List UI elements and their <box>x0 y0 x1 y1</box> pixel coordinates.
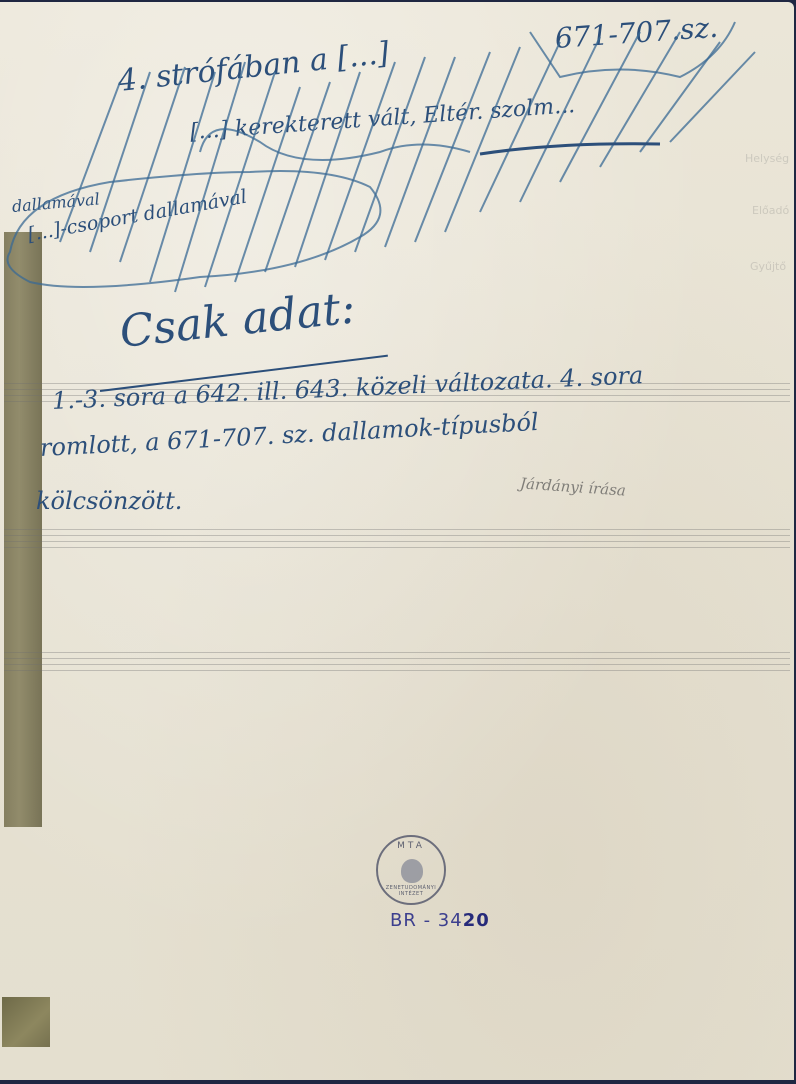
shelfmark-suffix: 20 <box>463 910 490 931</box>
shelfmark-prefix: BR - 34 <box>390 910 463 931</box>
showthrough-label: Helység <box>745 152 789 165</box>
music-staff-3 <box>4 647 790 673</box>
reference-number: 671-707.sz. <box>554 11 719 55</box>
shelfmark: BR - 3420 <box>390 910 490 931</box>
struck-header-line2: [...] kerekterett vált, Eltér. szolm... <box>189 93 576 145</box>
music-staff-2 <box>4 524 790 550</box>
strike-through-scribble <box>0 2 796 322</box>
document-sheet: Helység Előadó Gyűjtő 4. strófában a [..… <box>0 2 794 1080</box>
note-line-2: romlott, a 671-707. sz. dallamok-típusbó… <box>39 408 539 462</box>
institution-stamp: MTA ZENETUDOMÁNYI INTÉZET <box>376 835 446 905</box>
struck-header-line1: 4. strófában a [...] <box>116 36 391 99</box>
stamp-top-text: MTA <box>378 841 444 851</box>
coat-of-arms-icon <box>401 859 423 883</box>
note-heading: Csak adat: <box>117 282 357 357</box>
archival-tape-patch <box>2 997 50 1047</box>
struck-left-scribble: dallamával <box>11 189 100 216</box>
stamp-ring-text: ZENETUDOMÁNYI INTÉZET <box>378 885 444 897</box>
note-line-1: 1.-3. sora a 642. ill. 643. közeli válto… <box>51 361 643 415</box>
showthrough-label: Gyűjtő <box>750 260 786 273</box>
pencil-attribution-note: Járdányi írása <box>520 474 627 499</box>
note-line-3: kölcsönzött. <box>36 487 182 515</box>
showthrough-label: Előadó <box>752 204 789 217</box>
